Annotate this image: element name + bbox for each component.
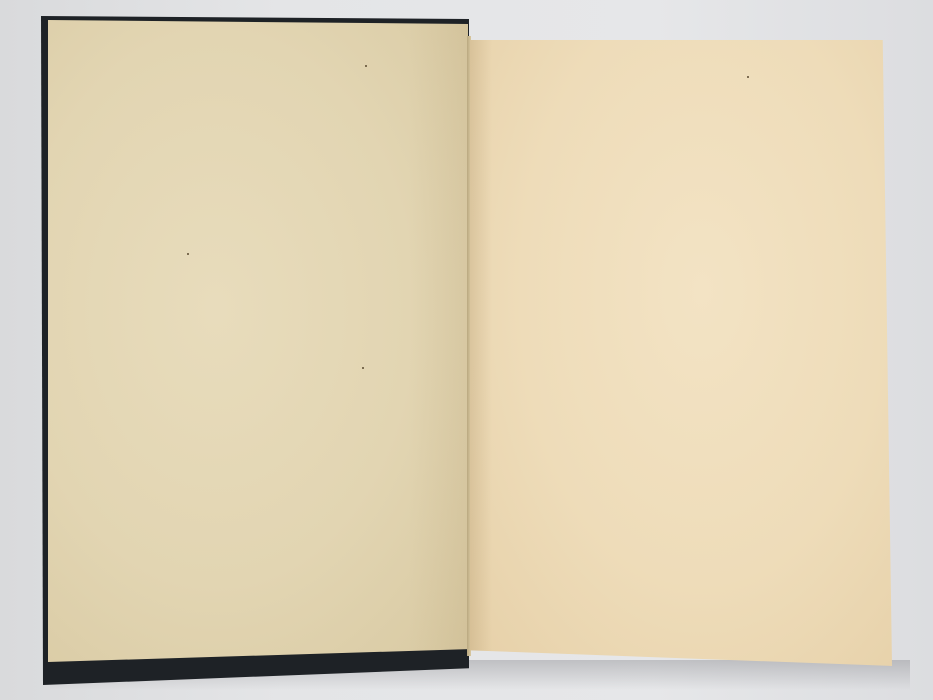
right-endpaper <box>470 40 892 666</box>
photo-scene <box>0 0 933 700</box>
paper-speck <box>187 253 189 255</box>
paper-speck <box>362 367 364 369</box>
left-endpaper <box>48 20 468 662</box>
paper-speck <box>365 65 367 67</box>
paper-speck <box>747 76 749 78</box>
